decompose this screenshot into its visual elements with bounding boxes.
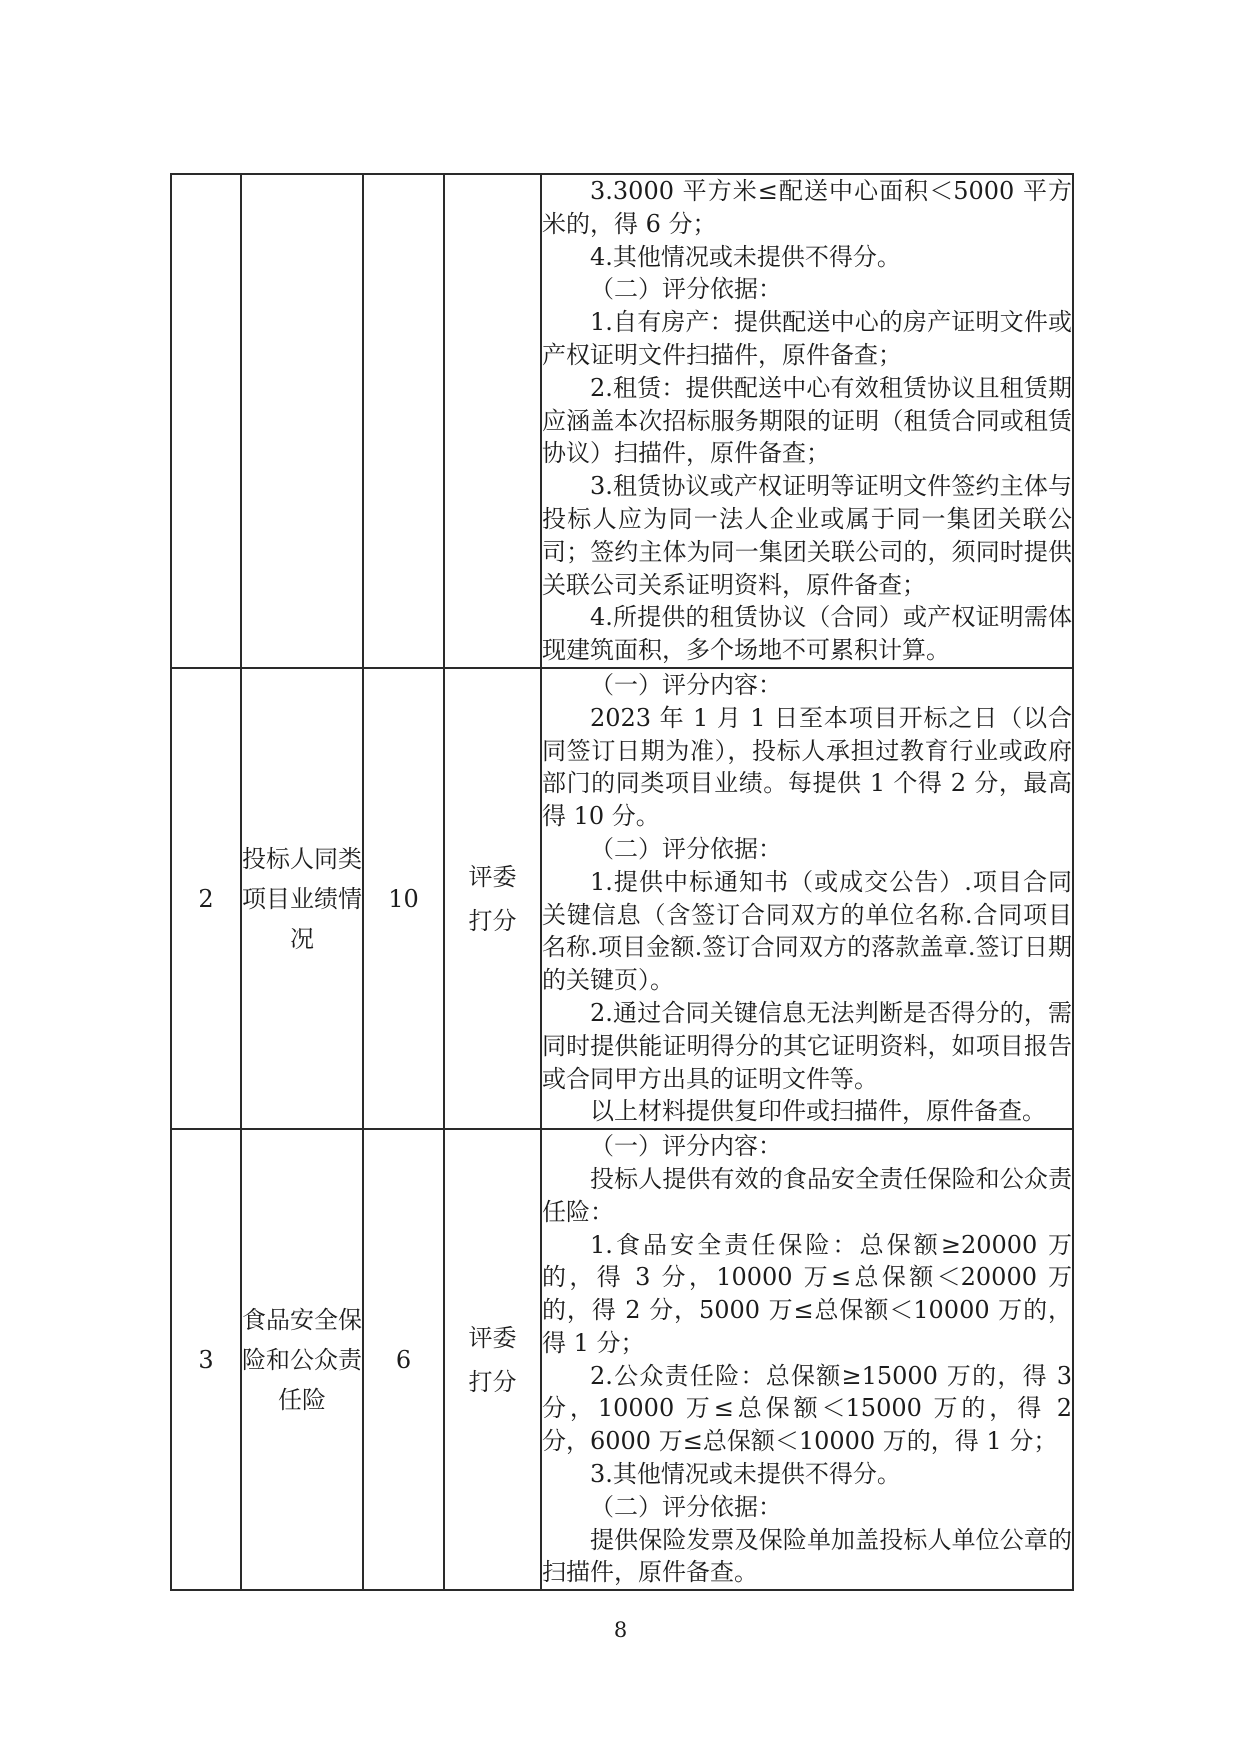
scoring-method-label: 评委打分 <box>469 1316 517 1404</box>
criteria-paragraphs: 3.3000 平方米≤配送中心面积＜5000 平方米的，得 6 分；4.其他情况… <box>542 175 1072 667</box>
paragraph: （二）评分依据： <box>542 273 1072 306</box>
paragraph: 1.提供中标通知书（或成交公告）.项目合同关键信息（含签订合同双方的单位名称.合… <box>542 866 1072 997</box>
paragraph: 2.公众责任险：总保额≥15000 万的，得 3 分，10000 万≤总保额＜1… <box>542 1360 1072 1458</box>
paragraph: 1.自有房产：提供配送中心的房产证明文件或产权证明文件扫描件，原件备查； <box>542 306 1072 372</box>
paragraph: 4.其他情况或未提供不得分。 <box>542 241 1072 274</box>
paragraph: 2.通过合同关键信息无法判断是否得分的，需同时提供能证明得分的其它证明资料，如项… <box>542 997 1072 1095</box>
table-row-insurance: 3 食品安全保险和公众责任险 6 评委打分 （一）评分内容：投标人提供有效的食品… <box>171 1129 1073 1590</box>
item-name-cell: 投标人同类项目业绩情况 <box>241 668 363 1129</box>
paragraph: 1.食品安全责任保险：总保额≥20000 万的，得 3 分，10000 万≤总保… <box>542 1229 1072 1360</box>
paragraph: （二）评分依据： <box>542 1491 1072 1524</box>
paragraph: （二）评分依据： <box>542 833 1072 866</box>
item-name-cell <box>241 174 363 668</box>
scoring-criteria-table: 3.3000 平方米≤配送中心面积＜5000 平方米的，得 6 分；4.其他情况… <box>170 173 1074 1591</box>
serial-number-cell: 3 <box>171 1129 241 1590</box>
paragraph: 3.3000 平方米≤配送中心面积＜5000 平方米的，得 6 分； <box>542 175 1072 241</box>
score-cell: 6 <box>363 1129 444 1590</box>
paragraph: 提供保险发票及保险单加盖投标人单位公章的扫描件，原件备查。 <box>542 1524 1072 1590</box>
paragraph: 4.所提供的租赁协议（合同）或产权证明需体现建筑面积，多个场地不可累积计算。 <box>542 601 1072 667</box>
paragraph: 投标人提供有效的食品安全责任保险和公众责任险： <box>542 1163 1072 1229</box>
serial-number-cell <box>171 174 241 668</box>
paragraph: 2.租赁：提供配送中心有效租赁协议且租赁期应涵盖本次招标服务期限的证明（租赁合同… <box>542 372 1072 470</box>
page-number: 8 <box>0 1618 1241 1642</box>
criteria-paragraphs: （一）评分内容：2023 年 1 月 1 日至本项目开标之日（以合同签订日期为准… <box>542 669 1072 1128</box>
table-row-continuation: 3.3000 平方米≤配送中心面积＜5000 平方米的，得 6 分；4.其他情况… <box>171 174 1073 668</box>
paragraph: 3.其他情况或未提供不得分。 <box>542 1458 1072 1491</box>
scoring-method-cell <box>444 174 541 668</box>
scoring-method-label: 评委打分 <box>469 855 517 943</box>
scoring-method-cell: 评委打分 <box>444 1129 541 1590</box>
paragraph: 3.租赁协议或产权证明等证明文件签约主体与投标人应为同一法人企业或属于同一集团关… <box>542 470 1072 601</box>
paragraph: 以上材料提供复印件或扫描件，原件备查。 <box>542 1095 1072 1128</box>
score-cell: 10 <box>363 668 444 1129</box>
document-page: 3.3000 平方米≤配送中心面积＜5000 平方米的，得 6 分；4.其他情况… <box>0 0 1241 1754</box>
score-cell <box>363 174 444 668</box>
paragraph: 2023 年 1 月 1 日至本项目开标之日（以合同签订日期为准），投标人承担过… <box>542 702 1072 833</box>
paragraph: （一）评分内容： <box>542 669 1072 702</box>
criteria-cell: 3.3000 平方米≤配送中心面积＜5000 平方米的，得 6 分；4.其他情况… <box>541 174 1073 668</box>
criteria-cell: （一）评分内容：投标人提供有效的食品安全责任保险和公众责任险：1.食品安全责任保… <box>541 1129 1073 1590</box>
criteria-paragraphs: （一）评分内容：投标人提供有效的食品安全责任保险和公众责任险：1.食品安全责任保… <box>542 1130 1072 1589</box>
table-row-performance: 2 投标人同类项目业绩情况 10 评委打分 （一）评分内容：2023 年 1 月… <box>171 668 1073 1129</box>
serial-number-cell: 2 <box>171 668 241 1129</box>
paragraph: （一）评分内容： <box>542 1130 1072 1163</box>
item-name-cell: 食品安全保险和公众责任险 <box>241 1129 363 1590</box>
criteria-cell: （一）评分内容：2023 年 1 月 1 日至本项目开标之日（以合同签订日期为准… <box>541 668 1073 1129</box>
scoring-method-cell: 评委打分 <box>444 668 541 1129</box>
